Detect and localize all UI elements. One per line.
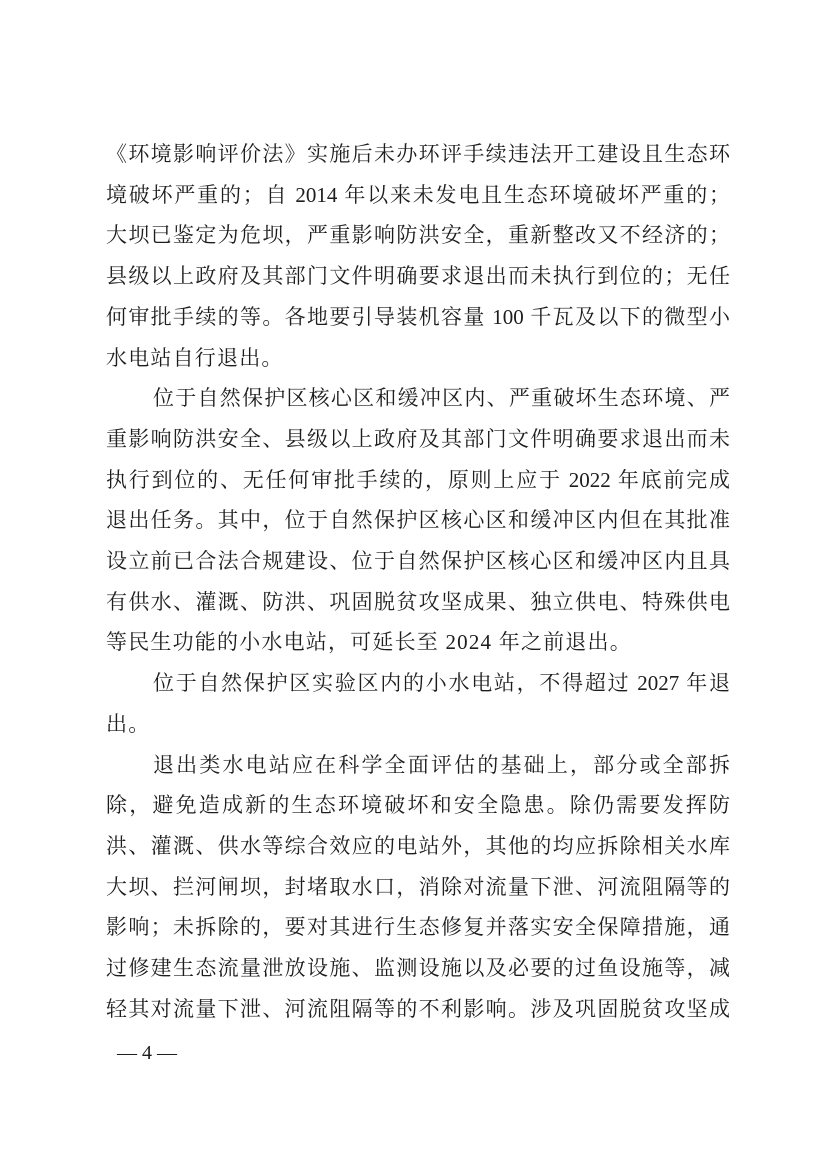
text-line: 有供水、灌溉、防洪、巩固脱贫攻坚成果、独立供电、特殊供电 (106, 582, 730, 623)
text-line: 设立前已合法合规建设、位于自然保护区核心区和缓冲区内且具 (106, 541, 730, 582)
text-line: 轻其对流量下泄、河流阻隔等的不利影响。涉及巩固脱贫攻坚成 (106, 989, 730, 1030)
text-line: 退出类水电站应在科学全面评估的基础上，部分或全部拆 (106, 745, 730, 786)
text-line: 位于自然保护区实验区内的小水电站，不得超过 2027 年退 (106, 663, 730, 704)
paragraph-3: 位于自然保护区实验区内的小水电站，不得超过 2027 年退 出。 (106, 663, 730, 744)
text-line: 何审批手续的等。各地要引导装机容量 100 千瓦及以下的微型小 (106, 297, 730, 338)
text-line: 大坝、拦河闸坝，封堵取水口，消除对流量下泄、河流阻隔等的 (106, 867, 730, 908)
text-line: 退出任务。其中，位于自然保护区核心区和缓冲区内但在其批准 (106, 500, 730, 541)
paragraph-2: 位于自然保护区核心区和缓冲区内、严重破坏生态环境、严 重影响防洪安全、县级以上政… (106, 378, 730, 663)
text-line: 大坝已鉴定为危坝，严重影响防洪安全，重新整改又不经济的； (106, 215, 730, 256)
paragraph-4: 退出类水电站应在科学全面评估的基础上，部分或全部拆 除，避免造成新的生态环境破坏… (106, 745, 730, 1030)
text-line: 过修建生态流量泄放设施、监测设施以及必要的过鱼设施等，减 (106, 948, 730, 989)
text-line: 重影响防洪安全、县级以上政府及其部门文件明确要求退出而未 (106, 419, 730, 460)
text-line: 除，避免造成新的生态环境破坏和安全隐患。除仍需要发挥防 (106, 785, 730, 826)
page-number: — 4 — (117, 1041, 177, 1065)
text-line: 洪、灌溉、供水等综合效应的电站外，其他的均应拆除相关水库 (106, 826, 730, 867)
text-line: 《环境影响评价法》实施后未办环评手续违法开工建设且生态环 (106, 134, 730, 175)
text-line: 出。 (106, 704, 730, 745)
text-line: 水电站自行退出。 (106, 338, 730, 379)
text-line: 县级以上政府及其部门文件明确要求退出而未执行到位的；无任 (106, 256, 730, 297)
text-line: 境破坏严重的；自 2014 年以来未发电且生态环境破坏严重的； (106, 175, 730, 216)
text-line: 位于自然保护区核心区和缓冲区内、严重破坏生态环境、严 (106, 378, 730, 419)
paragraph-continuation: 《环境影响评价法》实施后未办环评手续违法开工建设且生态环 境破坏严重的；自 20… (106, 134, 730, 378)
body-text: 《环境影响评价法》实施后未办环评手续违法开工建设且生态环 境破坏严重的；自 20… (106, 134, 730, 1029)
text-line: 影响；未拆除的，要对其进行生态修复并落实安全保障措施，通 (106, 907, 730, 948)
document-page: 《环境影响评价法》实施后未办环评手续违法开工建设且生态环 境破坏严重的；自 20… (0, 0, 827, 1169)
text-line: 等民生功能的小水电站，可延长至 2024 年之前退出。 (106, 622, 730, 663)
text-line: 执行到位的、无任何审批手续的，原则上应于 2022 年底前完成 (106, 460, 730, 501)
